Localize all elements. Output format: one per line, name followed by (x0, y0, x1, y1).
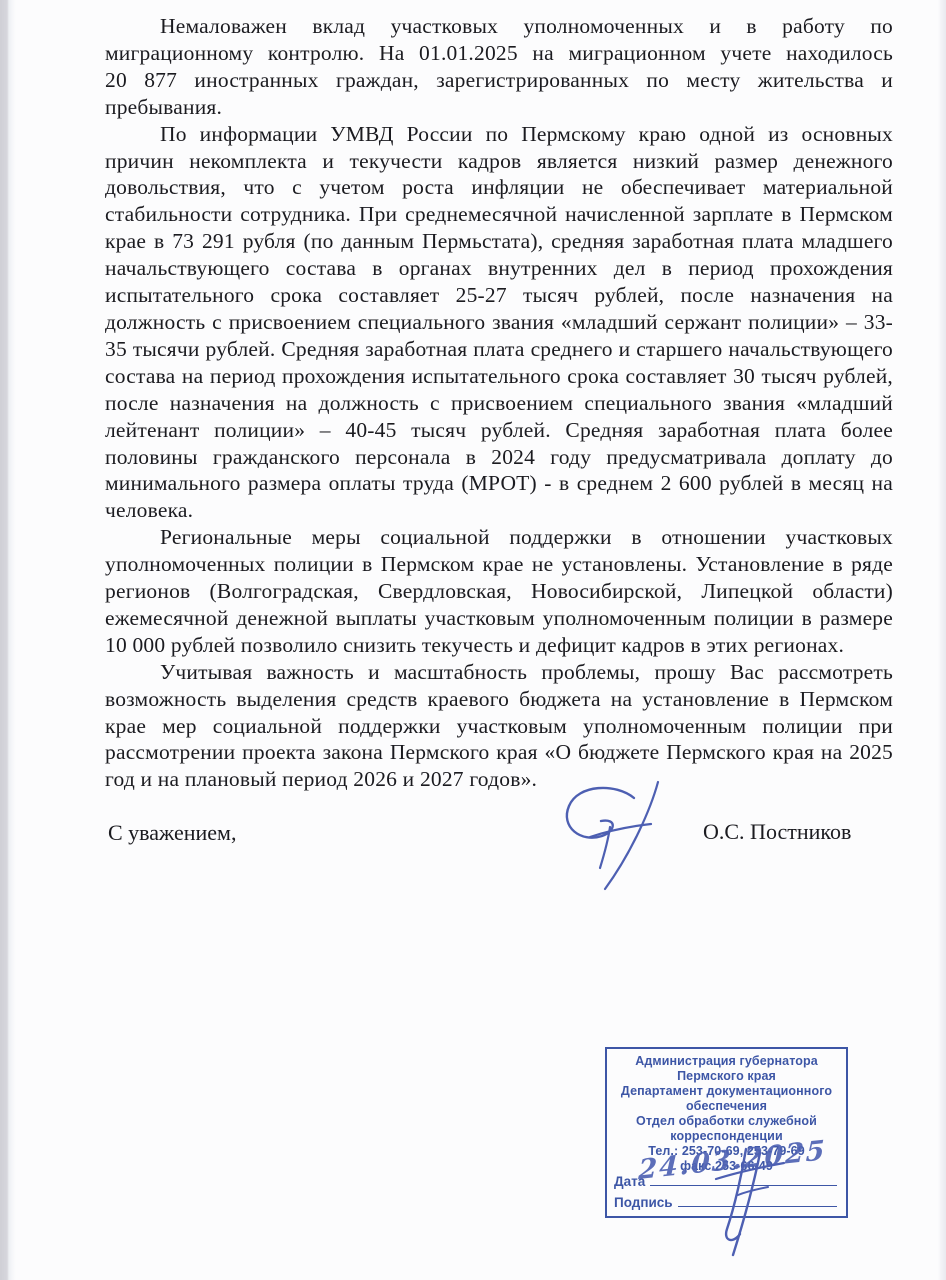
stamp-org-line: Администрация губернатора (607, 1054, 846, 1069)
closing-salutation: С уважением, (108, 820, 236, 846)
paragraph-request: Учитывая важность и масштабность проблем… (105, 659, 893, 794)
paragraph-regional-support: Региональные меры социальной поддержки в… (105, 524, 893, 659)
scanned-letter-page: Немаловажен вклад участковых уполномочен… (0, 0, 946, 1280)
stamp-signature-ink (688, 1143, 798, 1263)
paragraph-salary-info: По информации УМВД России по Пермскому к… (105, 121, 893, 525)
signatory-name: О.С. Постников (703, 819, 851, 845)
signature-ink (554, 780, 679, 895)
paragraph-migration-control: Немаловажен вклад участковых уполномочен… (105, 13, 893, 121)
letter-body: Немаловажен вклад участковых уполномочен… (105, 13, 893, 793)
scan-edge-right (938, 0, 946, 1280)
stamp-org-line: Пермского края (607, 1069, 846, 1084)
stamp-signature-label: Подпись (614, 1195, 673, 1210)
scan-edge-left (0, 0, 16, 1280)
stamp-org-line: Отдел обработки служебной (607, 1114, 846, 1129)
stamp-org-line: Департамент документационного (607, 1084, 846, 1099)
stamp-org-line: обеспечения (607, 1099, 846, 1114)
